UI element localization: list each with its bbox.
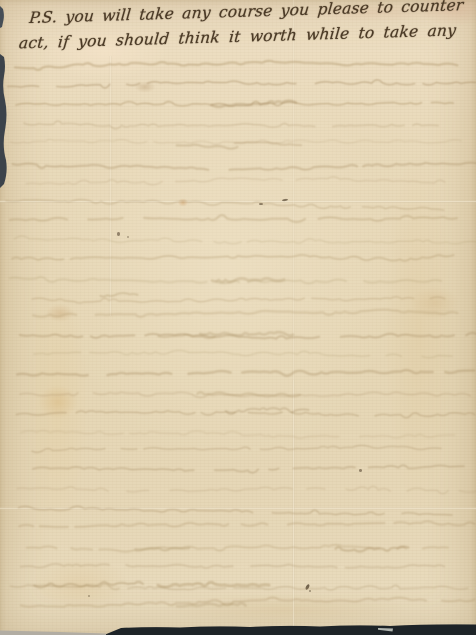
scanned-letter-page: P.S. you will take any course you please… — [0, 0, 476, 635]
vertical-fold-crease — [292, 0, 295, 380]
vertical-fold-crease — [292, 380, 295, 635]
horizontal-fold-crease — [0, 200, 476, 203]
horizontal-fold-crease — [0, 507, 476, 510]
letter-paper — [0, 0, 476, 635]
vertical-fold-crease — [109, 56, 112, 316]
